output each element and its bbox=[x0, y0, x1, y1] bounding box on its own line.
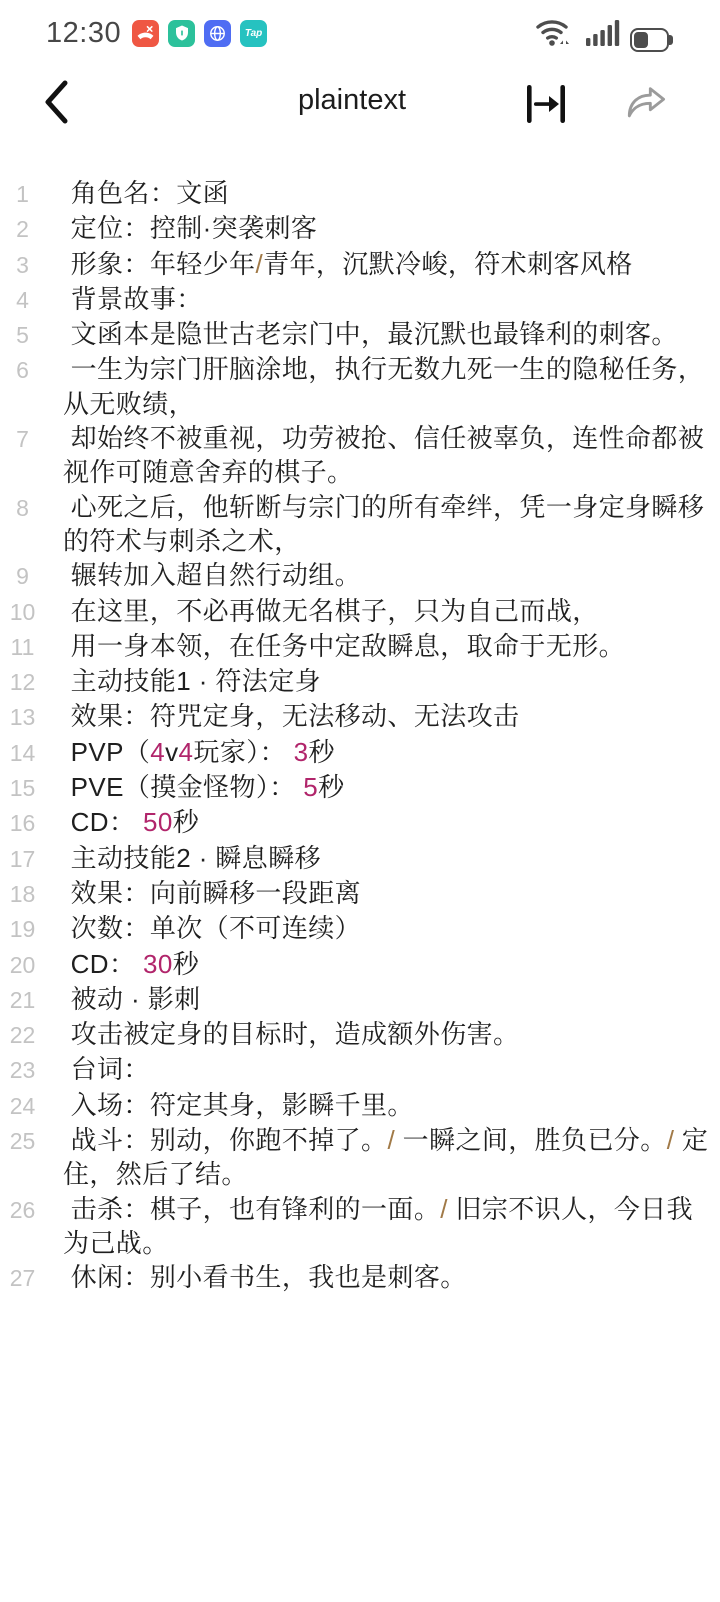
line-text: 效果：符咒定身，无法移动、无法攻击 bbox=[63, 699, 713, 733]
text-content[interactable]: 1 角色名：文函2 定位：控制·突袭刺客3 形象：年轻少年/青年，沉默冷峻，符术… bbox=[0, 176, 720, 1296]
text-line: 17 主动技能2 · 瞬息瞬移 bbox=[0, 841, 720, 876]
line-number: 11 bbox=[0, 630, 45, 664]
text-line: 14 PVP（4v4玩家）： 3秒 bbox=[0, 735, 720, 770]
number-token: 30 bbox=[143, 949, 173, 979]
line-text: 效果：向前瞬移一段距离 bbox=[63, 876, 713, 910]
line-text: 攻击被定身的目标时，造成额外伤害。 bbox=[63, 1017, 713, 1051]
line-number: 21 bbox=[0, 983, 45, 1017]
line-text: 台词： bbox=[63, 1052, 713, 1086]
number-token: 4 bbox=[179, 737, 194, 767]
text-line: 6 一生为宗门肝脑涂地，执行无数九死一生的隐秘任务，从无败绩， bbox=[0, 352, 720, 421]
line-text: PVE（摸金怪物）： 5秒 bbox=[63, 770, 713, 804]
line-text: 次数：单次（不可连续） bbox=[63, 911, 713, 945]
line-text: 心死之后，他斩断与宗门的所有牵绊，凭一身定身瞬移的符术与刺杀之术， bbox=[63, 490, 713, 559]
line-number: 6 bbox=[0, 353, 45, 387]
line-text: 击杀：棋子，也有锋利的一面。/ 旧宗不识人，今日我为己战。 bbox=[63, 1192, 713, 1261]
clock: 12:30 bbox=[46, 17, 121, 50]
line-text: CD： 50秒 bbox=[63, 805, 713, 839]
line-text: 战斗：别动，你跑不掉了。/ 一瞬之间，胜负已分。/ 定住，然后了结。 bbox=[63, 1123, 713, 1192]
line-text: 用一身本领，在任务中定敌瞬息，取命于无形。 bbox=[63, 629, 713, 663]
signal-strength-icon bbox=[586, 19, 620, 52]
line-number: 25 bbox=[0, 1124, 45, 1158]
text-line: 22 攻击被定身的目标时，造成额外伤害。 bbox=[0, 1017, 720, 1052]
notification-icons: Tap bbox=[132, 20, 267, 47]
text-line: 21 被动 · 影刺 bbox=[0, 982, 720, 1017]
text-line: 2 定位：控制·突袭刺客 bbox=[0, 211, 720, 246]
line-number: 10 bbox=[0, 595, 45, 629]
line-number: 18 bbox=[0, 877, 45, 911]
taptap-icon: Tap bbox=[240, 20, 267, 47]
text-line: 23 台词： bbox=[0, 1052, 720, 1087]
line-number: 8 bbox=[0, 491, 45, 525]
globe-icon bbox=[204, 20, 231, 47]
line-number: 14 bbox=[0, 736, 45, 770]
text-line: 20 CD： 30秒 bbox=[0, 947, 720, 982]
text-line: 25 战斗：别动，你跑不掉了。/ 一瞬之间，胜负已分。/ 定住，然后了结。 bbox=[0, 1123, 720, 1192]
status-bar: 12:30 Tap bbox=[0, 0, 720, 58]
wrap-text-icon[interactable] bbox=[524, 82, 568, 131]
number-token: 4 bbox=[150, 737, 165, 767]
share-icon[interactable] bbox=[626, 83, 668, 126]
number-token: 3 bbox=[294, 737, 309, 767]
text-line: 18 效果：向前瞬移一段距离 bbox=[0, 876, 720, 911]
text-line: 19 次数：单次（不可连续） bbox=[0, 911, 720, 946]
battery-icon bbox=[630, 28, 676, 52]
line-text: PVP（4v4玩家）： 3秒 bbox=[63, 735, 713, 769]
line-number: 17 bbox=[0, 842, 45, 876]
line-number: 13 bbox=[0, 700, 45, 734]
line-text: 在这里，不必再做无名棋子，只为自己而战， bbox=[63, 594, 713, 628]
line-number: 7 bbox=[0, 422, 45, 456]
line-text: 辗转加入超自然行动组。 bbox=[63, 558, 713, 592]
line-number: 2 bbox=[0, 212, 45, 246]
line-text: 形象：年轻少年/青年，沉默冷峻，符术刺客风格 bbox=[63, 247, 713, 281]
line-text: 文函本是隐世古老宗门中，最沉默也最锋利的刺客。 bbox=[63, 317, 713, 351]
line-text: 背景故事： bbox=[63, 282, 713, 316]
line-number: 20 bbox=[0, 948, 45, 982]
text-line: 5 文函本是隐世古老宗门中，最沉默也最锋利的刺客。 bbox=[0, 317, 720, 352]
text-line: 24 入场：符定其身，影瞬千里。 bbox=[0, 1088, 720, 1123]
line-text: 定位：控制·突袭刺客 bbox=[63, 211, 713, 245]
number-token: 5 bbox=[303, 772, 318, 802]
wifi-icon bbox=[534, 15, 576, 52]
operator-token: / bbox=[387, 1125, 395, 1155]
line-number: 23 bbox=[0, 1053, 45, 1087]
text-line: 15 PVE（摸金怪物）： 5秒 bbox=[0, 770, 720, 805]
line-text: CD： 30秒 bbox=[63, 947, 713, 981]
line-number: 3 bbox=[0, 248, 45, 282]
text-line: 10 在这里，不必再做无名棋子，只为自己而战， bbox=[0, 594, 720, 629]
line-text: 休闲：别小看书生，我也是刺客。 bbox=[63, 1260, 713, 1294]
text-line: 27 休闲：别小看书生，我也是刺客。 bbox=[0, 1260, 720, 1295]
line-text: 却始终不被重视，功劳被抢、信任被辜负，连性命都被视作可随意舍弃的棋子。 bbox=[63, 421, 713, 490]
line-text: 角色名：文函 bbox=[63, 176, 713, 210]
line-number: 9 bbox=[0, 559, 45, 593]
text-line: 13 效果：符咒定身，无法移动、无法攻击 bbox=[0, 699, 720, 734]
line-number: 22 bbox=[0, 1018, 45, 1052]
shield-icon bbox=[168, 20, 195, 47]
line-text: 入场：符定其身，影瞬千里。 bbox=[63, 1088, 713, 1122]
text-line: 4 背景故事： bbox=[0, 282, 720, 317]
line-number: 26 bbox=[0, 1193, 45, 1227]
taptap-label: Tap bbox=[245, 28, 262, 39]
text-line: 12 主动技能1 · 符法定身 bbox=[0, 664, 720, 699]
line-number: 24 bbox=[0, 1089, 45, 1123]
line-number: 15 bbox=[0, 771, 45, 805]
page-title: plaintext bbox=[0, 84, 704, 117]
text-line: 3 形象：年轻少年/青年，沉默冷峻，符术刺客风格 bbox=[0, 247, 720, 282]
line-number: 1 bbox=[0, 177, 45, 211]
line-text: 被动 · 影刺 bbox=[63, 982, 713, 1016]
line-text: 主动技能2 · 瞬息瞬移 bbox=[63, 841, 713, 875]
line-number: 27 bbox=[0, 1261, 45, 1295]
text-line: 1 角色名：文函 bbox=[0, 176, 720, 211]
status-indicators bbox=[534, 15, 676, 52]
text-line: 8 心死之后，他斩断与宗门的所有牵绊，凭一身定身瞬移的符术与刺杀之术， bbox=[0, 490, 720, 559]
text-line: 26 击杀：棋子，也有锋利的一面。/ 旧宗不识人，今日我为己战。 bbox=[0, 1192, 720, 1261]
operator-token: / bbox=[440, 1194, 448, 1224]
text-line: 16 CD： 50秒 bbox=[0, 805, 720, 840]
text-line: 11 用一身本领，在任务中定敌瞬息，取命于无形。 bbox=[0, 629, 720, 664]
line-number: 5 bbox=[0, 318, 45, 352]
text-line: 9 辗转加入超自然行动组。 bbox=[0, 558, 720, 593]
line-text: 一生为宗门肝脑涂地，执行无数九死一生的隐秘任务，从无败绩， bbox=[63, 352, 713, 421]
line-number: 19 bbox=[0, 912, 45, 946]
text-line: 7 却始终不被重视，功劳被抢、信任被辜负，连性命都被视作可随意舍弃的棋子。 bbox=[0, 421, 720, 490]
operator-token: / bbox=[255, 249, 263, 279]
line-number: 16 bbox=[0, 806, 45, 840]
number-token: 50 bbox=[143, 807, 173, 837]
line-text: 主动技能1 · 符法定身 bbox=[63, 664, 713, 698]
line-number: 12 bbox=[0, 665, 45, 699]
missed-call-icon bbox=[132, 20, 159, 47]
line-number: 4 bbox=[0, 283, 45, 317]
app-header: plaintext bbox=[0, 58, 720, 150]
